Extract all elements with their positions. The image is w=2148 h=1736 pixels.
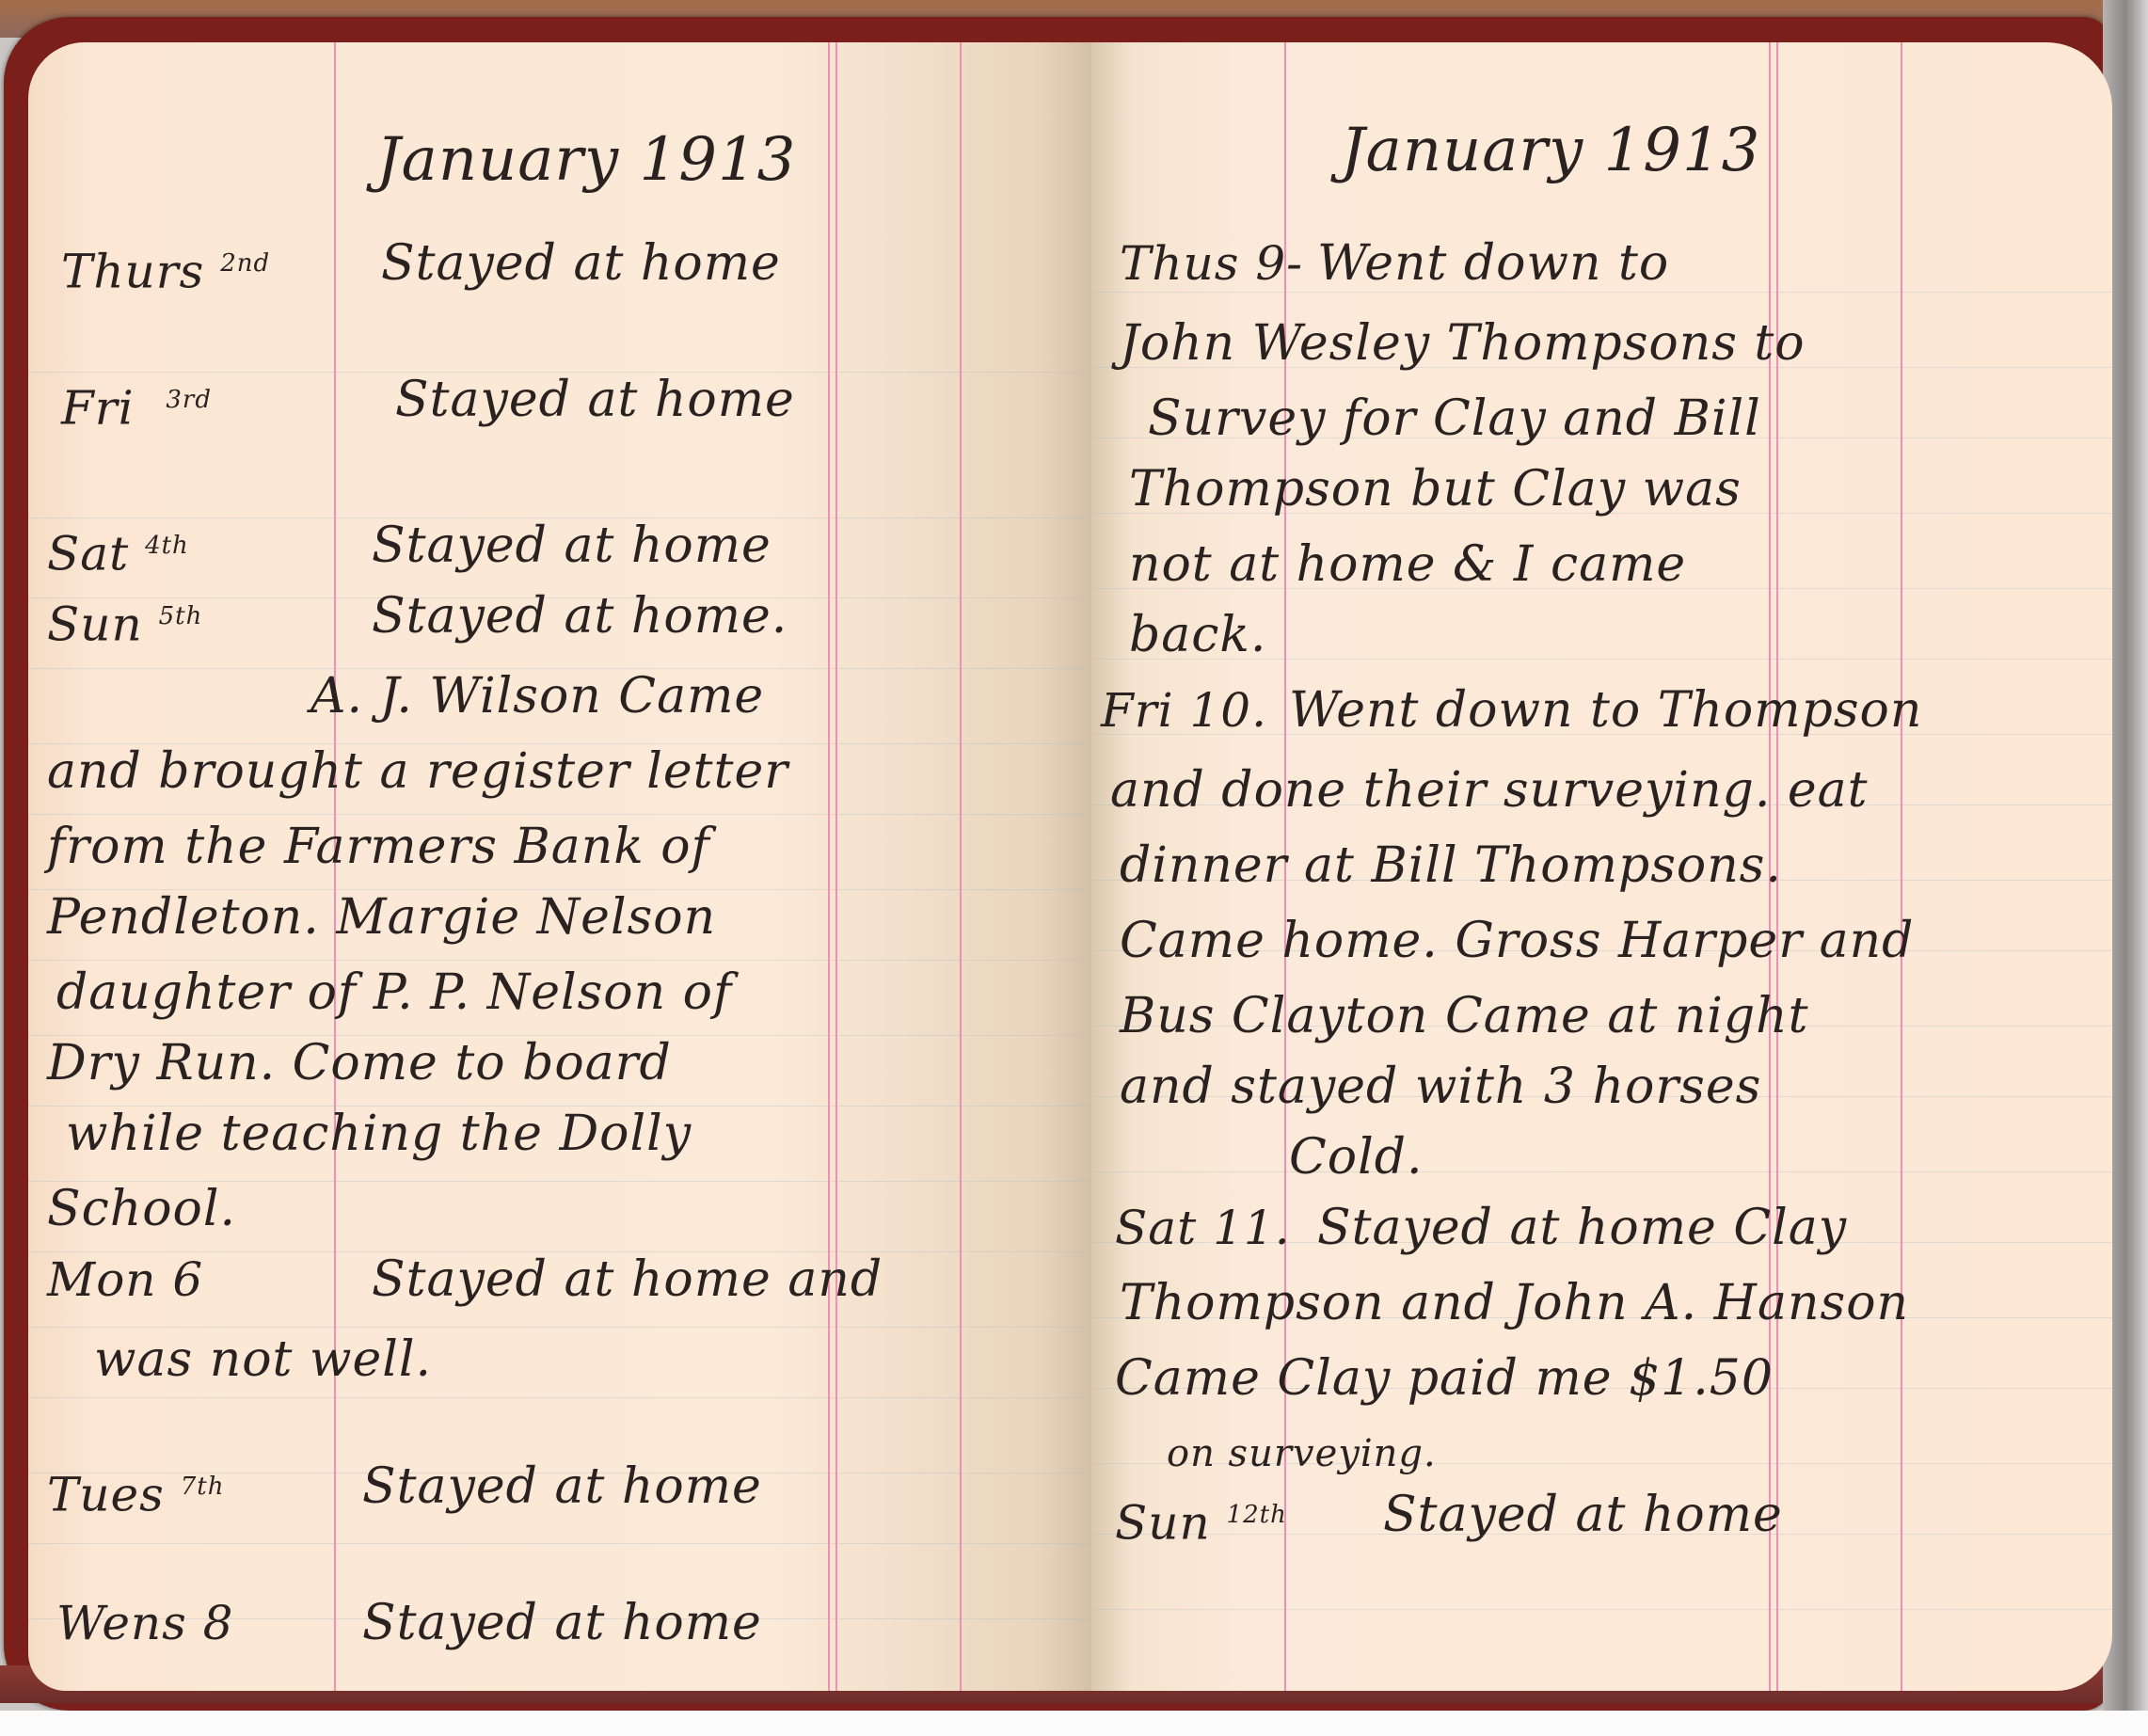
left-page: January 1913 Thurs 2nd Stayed at home Fr… [28,42,1091,1691]
right-page: January 1913 Thus 9- Went down to John W… [1091,42,2112,1691]
entry-text: was not well. [94,1331,432,1388]
entry-text: School. [47,1181,236,1237]
margin-line [828,42,830,1691]
ruled-line [28,1397,1091,1398]
entry-day: Sun 12th [1115,1487,1287,1552]
entry-text: Went down to [1317,235,1669,292]
entry-text: Survey for Clay and Bill [1148,390,1761,447]
entry-text: Cold. [1289,1129,1424,1186]
ruled-line [28,1327,1091,1328]
entry-text: Thompson and John A. Hanson [1120,1275,1909,1331]
entry-text: Came home. Gross Harper and [1120,913,1914,969]
entry-day: Sat 11. [1115,1200,1291,1256]
entry-text: and stayed with 3 horses [1120,1059,1761,1115]
scan-margin [0,1711,2148,1736]
entry-text: John Wesley Thompsons to [1120,315,1806,372]
entry-text: Came Clay paid me $1.50 [1115,1350,1774,1407]
entry-text: Bus Clayton Came at night [1120,988,1809,1044]
entry-text: and brought a register letter [47,743,788,800]
entry-text: A. J. Wilson Came [310,668,764,725]
entry-day: Wens 8 [56,1595,233,1651]
entry-day: Thurs 2nd [61,235,270,300]
entry-text: Pendleton. Margie Nelson [47,889,716,946]
entry-text: Stayed at home [381,235,781,292]
page-header: January 1913 [376,132,796,188]
margin-line [1901,42,1902,1691]
entry-text: Dry Run. Come to board [47,1035,672,1091]
margin-line [835,42,837,1691]
entry-day: Sat 4th [47,518,189,582]
entry-day: Mon 6 [47,1251,203,1308]
entry-text: Stayed at home [395,372,795,428]
ruled-line [1091,1609,2112,1610]
entry-text: while teaching the Dolly [66,1106,692,1162]
entry-text: Stayed at home and [372,1251,883,1308]
entry-text: on surveying. [1167,1425,1437,1482]
entry-text: dinner at Bill Thompsons. [1120,837,1782,894]
entry-text: and done their surveying. eat [1110,762,1869,819]
entry-day: Tues 7th [47,1458,224,1523]
entry-day: Fri 10. [1101,682,1267,739]
margin-line [960,42,962,1691]
entry-text: back. [1129,607,1266,663]
entry-text: Went down to Thompson [1289,682,1922,739]
entry-day: Sun 5th [47,588,202,653]
entry-text: not at home & I came [1129,536,1686,593]
entry-text: daughter of P. P. Nelson of [56,964,732,1021]
entry-day: Fri 3rd [61,372,212,437]
entry-text: Stayed at home [362,1458,762,1515]
entry-day: Thus 9- [1120,235,1303,292]
entry-text: Stayed at home Clay [1317,1200,1847,1256]
entry-text: Stayed at home [1383,1487,1783,1543]
page-header: January 1913 [1341,122,1760,179]
entry-text: Stayed at home [372,518,772,574]
ruled-line [1091,292,2112,293]
ruled-line [28,960,1091,961]
ruled-line [1091,1171,2112,1172]
entry-text: Stayed at home. [372,588,788,645]
entry-text: Stayed at home [362,1595,762,1651]
ruled-line [28,1543,1091,1544]
ruled-line [28,814,1091,815]
entry-text: Thompson but Clay was [1129,461,1742,518]
entry-text: from the Farmers Bank of [47,819,710,875]
